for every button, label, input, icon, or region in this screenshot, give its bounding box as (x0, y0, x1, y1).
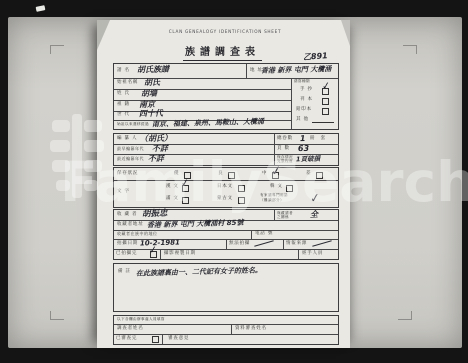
checkmark-special-terms: ✓ (309, 191, 321, 204)
other-blank-line (312, 122, 334, 123)
field-label: 頁 數 (277, 147, 290, 152)
condition-note-value: 1頁破損 (296, 156, 320, 163)
option-label: 良 (218, 172, 223, 177)
checkbox-manchu (182, 197, 189, 204)
field-label: 電話 號 (255, 232, 273, 237)
field-label: 編 纂 人 (117, 137, 137, 142)
field-label: 最早編纂年代 (117, 147, 144, 151)
field-label: 世 代 (117, 113, 130, 118)
remarks-value: 在此族譜裏由一、二代記有女子的姓名。 (136, 267, 262, 277)
field-label: 調查者姓名 (117, 327, 144, 332)
field-label: 收藏者在族中的地位 (117, 232, 158, 236)
page-curl-shadow-left (97, 20, 110, 50)
option-label: 漢 文 (166, 185, 179, 190)
option-sublabel: （難讀部分） (260, 199, 284, 203)
relation-value: 全 (310, 211, 318, 219)
sheet-title-english: CLAN GENEALOGY IDENTIFICATION SHEET (150, 29, 300, 34)
identity-table: 譜 名 胡氏族譜 地 址 香港 新界 屯門 大欖涌 始祖名稱 胡氏 姓 氏 胡墙… (113, 63, 339, 130)
option-label: 刊 本 (300, 98, 313, 103)
page-curl-shadow-right (341, 20, 350, 46)
checkbox-letterpress (322, 108, 329, 115)
option-label: 其 他 (296, 118, 309, 123)
generations-value: 四十代 (139, 110, 163, 119)
field-label: 總卷數 (277, 137, 293, 142)
field-label: 始祖以來遷移經過 (117, 123, 149, 127)
checkmark-chinese: ✓ (180, 178, 190, 189)
option-label: 韓 文 (270, 185, 283, 190)
field-label: 祖 籍 (117, 103, 130, 108)
volume-count-value: 1 (300, 135, 306, 143)
script-type-heading: 繕寫種類 (294, 80, 310, 84)
earliest-compiled-value: 不詳 (152, 145, 168, 153)
field-label: 收 藏 者 (117, 213, 137, 218)
office-heading: 以下各欄由辦事處人員填寫 (117, 318, 165, 322)
genealogy-title-value: 胡氏族譜 (137, 66, 169, 75)
checkbox-poor (316, 172, 323, 179)
film-date-value: 10-2-1981 (140, 239, 180, 247)
info-source-slash-mark (312, 240, 332, 246)
option-label: 滿 文 (166, 197, 179, 202)
checkmark-filmed-complete: ✓ (148, 245, 158, 256)
corner-mark-top-right (403, 45, 417, 54)
address-value: 香港 新界 屯門 大欖涌 (261, 66, 331, 75)
option-label: 鉛印本 (296, 108, 312, 113)
office-use-table: 以下各欄由辦事處人員填寫 調查者姓名 資料審查姓名 已審查完 審查意見 (113, 315, 339, 345)
remarks-table: 備 註 在此族譜裏由一、二代記有女子的姓名。 (113, 263, 339, 312)
checkbox-mongolian (238, 197, 245, 204)
field-label: 已審查完 (116, 337, 137, 342)
option-label: 優 (174, 172, 179, 177)
holder-address-value: 香港 新界 屯門 大欖涌村 85號 (147, 220, 244, 230)
field-label: 資料審查姓名 (235, 327, 267, 332)
field-label: 收藏者地址 (117, 223, 144, 228)
compiler-value: （胡氏） (140, 135, 172, 144)
migration-value: 南京、福建、泉州、馬鞍山、大欖涌 (152, 119, 264, 129)
compilation-table: 編 纂 人 （胡氏） 最早編纂年代 不詳 最近編纂年代 不詳 總卷數 1 冊 套… (113, 133, 339, 166)
volume-suffix-label: 冊 套 (310, 137, 326, 142)
field-label: 審查意見 (168, 337, 189, 342)
corner-mark-bottom-left (50, 311, 64, 320)
surname-value: 胡墙 (141, 90, 157, 98)
latest-compiled-value: 不詳 (148, 155, 164, 163)
condition-table: 保存狀況 優 良 中 ✓ 差 文 字 漢 文 ✓ 日本文 韓 文 滿 文 蒙古文… (113, 167, 339, 208)
field-label: 最近編纂年代 (117, 157, 144, 161)
checkbox-korean (286, 185, 293, 192)
checkmark-hand-copy: ✓ (321, 81, 331, 92)
checkbox-review-complete (152, 336, 159, 343)
checkbox-good (228, 172, 235, 179)
field-label: 無法拍攝 (229, 242, 250, 247)
option-label: 蒙古文 (217, 197, 233, 202)
genealogy-form-page: CLAN GENEALOGY IDENTIFICATION SHEET 族譜調查… (97, 20, 350, 348)
custody-table: 收 藏 者 胡振忠 與藏譜者 之關係 全 收藏者地址 香港 新界 屯門 大欖涌村… (113, 209, 339, 260)
option-label: 中 (262, 172, 267, 177)
field-label: 之關係 (277, 216, 289, 220)
checkmark-fair: ✓ (270, 164, 283, 178)
field-label: 攝影複製日期 (164, 252, 196, 257)
field-label: 備 註 (118, 270, 131, 275)
field-label: 已拍攝完 (116, 252, 137, 257)
checkbox-japanese (238, 185, 245, 192)
checkbox-printed-edition (322, 98, 329, 105)
option-label: 手 抄 (300, 88, 313, 93)
form-title: 族譜調查表 (183, 43, 262, 61)
option-label: 日本文 (217, 185, 233, 190)
field-label: 始祖名稱 (117, 81, 138, 86)
holder-name-value: 胡振忠 (142, 210, 168, 219)
field-label: 拍攝日期 (117, 242, 138, 247)
corner-mark-top-left (50, 45, 64, 54)
page-count-value: 63 (298, 145, 309, 153)
founder-name-value: 胡氏 (144, 79, 160, 87)
field-label: 譜 名 (117, 69, 130, 74)
field-label: 姓 氏 (117, 92, 130, 97)
microfilm-frame: CLAN GENEALOGY IDENTIFICATION SHEET 族譜調查… (0, 0, 468, 363)
no-film-slash-mark (254, 240, 274, 246)
field-label: 情報來源 (286, 242, 307, 247)
field-label: 文 字 (117, 190, 130, 195)
corner-mark-bottom-right (398, 311, 412, 320)
film-speck (36, 5, 46, 12)
field-label: 保存狀況 (117, 172, 138, 177)
option-label: 差 (306, 172, 311, 177)
field-label: 經手人員 (302, 252, 323, 257)
document-number: 乙891 (303, 50, 328, 63)
